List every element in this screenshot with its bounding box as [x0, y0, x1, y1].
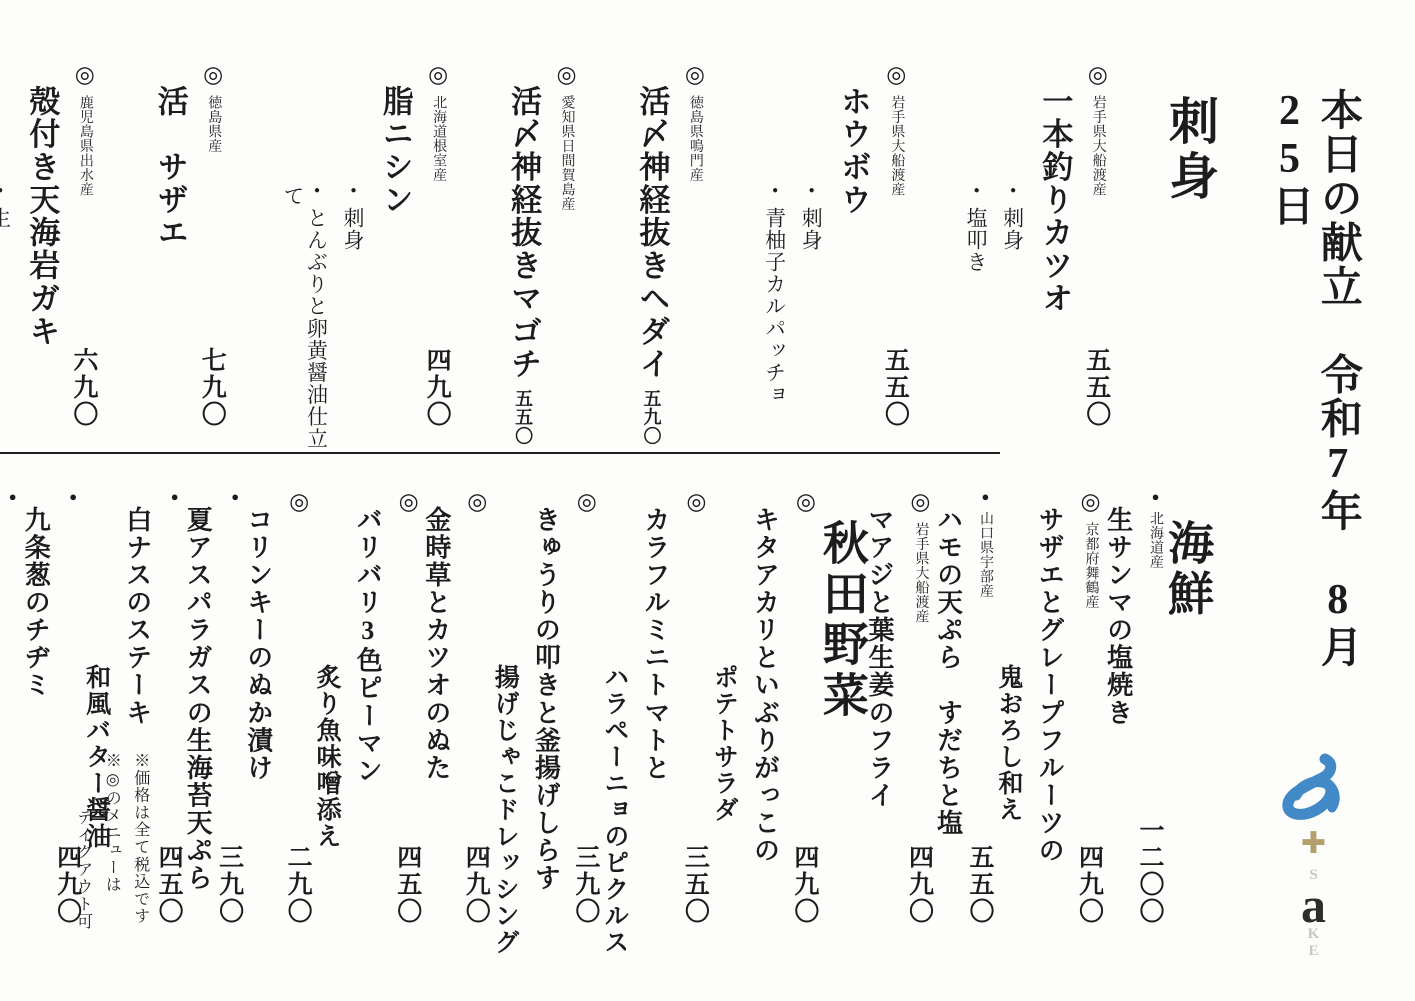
section-heading: 秋田野菜 — [819, 519, 865, 997]
bullet-dot-icon: ● — [0, 185, 6, 197]
menu-item: ◎岩手県大船渡産マアジと葉生姜のフライ四九〇 — [865, 489, 934, 997]
menu-item: ●北海道産生サンマの塩焼き一二〇〇 — [1104, 489, 1165, 997]
item-price: 五五〇 — [513, 389, 533, 446]
item-marker-origin: ◎徳島県鳴門産 — [681, 62, 707, 182]
bullet-dot-icon: ● — [311, 185, 322, 197]
item-price: 四九〇 — [463, 844, 488, 925]
item-name: ハモの天ぷら すだちと塩 — [933, 506, 962, 837]
logo-blue-glyph-icon — [1278, 751, 1350, 823]
item-name: 活 サザエ — [152, 85, 187, 249]
item-price: 五五〇 — [1084, 347, 1109, 428]
takeout-circle-icon: ◎ — [1079, 489, 1104, 515]
item-marker-origin: ●山口県宇部産 — [976, 489, 994, 598]
item-origin: 鹿児島県出水産 — [78, 95, 93, 197]
bullet-dot-icon: ● — [66, 489, 81, 504]
item-name: キタアカリといぶりがっこの — [750, 506, 779, 864]
takeout-circle-icon: ◎ — [884, 62, 909, 88]
item-name: きゅうりの叩きと釜揚げしらす — [531, 506, 560, 892]
item-marker-origin: ◎北海道根室産 — [425, 62, 451, 182]
item-name: 一本釣りカツオ — [1037, 85, 1072, 315]
item-name: 九条葱のチヂミ — [21, 506, 50, 699]
menu-item: ◎バリバリ3色ピーマン炙り魚味噌添え四五〇 — [312, 489, 422, 997]
item-marker-origin: ◎岩手県大船渡産 — [883, 62, 909, 197]
item-subitem: ●生 — [0, 185, 11, 229]
takeout-circle-icon: ◎ — [684, 489, 709, 515]
item-marker-origin: ◎ — [395, 489, 421, 515]
bullet-dot-icon: ● — [978, 489, 993, 504]
takeout-circle-icon: ◎ — [397, 489, 422, 515]
logo-letter-e: E — [1308, 943, 1318, 960]
menu-item: ◎金時草とカツオのぬた四九〇 — [422, 489, 491, 997]
item-origin: 京都府舞鶴産 — [1084, 522, 1099, 609]
item-name: マアジと葉生姜のフライ — [865, 506, 894, 809]
menu-item: ●九条葱のチヂミ四九〇 — [21, 489, 82, 997]
takeout-circle-icon: ◎ — [908, 489, 933, 515]
menu-item: ●山口県宇部産ハモの天ぷら すだちと塩五五〇 — [933, 489, 994, 997]
title-column: 本日の献立 令和7年 8月25日 ✚ S a K E — [1230, 0, 1415, 1001]
menu-item: ◎愛知県日間賀島産活〆神経抜きマゴチ五五〇 — [505, 62, 579, 450]
logo-letter-k: K — [1308, 926, 1320, 943]
item-origin: 徳島県産 — [206, 95, 221, 153]
item-subitem: ●塩叩き — [964, 185, 988, 273]
takeout-circle-icon: ◎ — [794, 489, 819, 515]
sake-logo: ✚ S a K E — [1278, 751, 1350, 959]
item-origin: 山口県宇部産 — [978, 511, 993, 598]
takeout-circle-icon: ◎ — [465, 489, 490, 515]
item-name: 生サンマの塩焼き — [1104, 506, 1133, 726]
takeout-circle-icon: ◎ — [201, 62, 226, 88]
logo-plus-icon: ✚ — [1301, 829, 1326, 859]
item-price: 二九〇 — [285, 844, 310, 925]
bullet-dot-icon: ● — [1008, 185, 1019, 197]
footnote-takeout-1: ※◎のメニューは — [103, 752, 121, 930]
menu-item: ●夏アスパラガスの生海苔天ぷら三九〇 — [183, 489, 244, 997]
logo-letter-a: a — [1301, 884, 1326, 927]
item-subitem: ●とんぶりと卵黄醤油仕立て — [280, 185, 327, 450]
item-subitem: ●刺身 — [799, 185, 823, 251]
takeout-circle-icon: ◎ — [426, 62, 451, 88]
item-name: バリバリ3色ピーマン — [353, 506, 382, 785]
item-price: 四九〇 — [792, 844, 817, 925]
item-origin: 愛知県日間賀島産 — [560, 95, 575, 211]
item-name-continued: ハラペーニョのピクルス — [600, 664, 628, 956]
item-name: 活〆神経抜きマゴチ五五〇 — [505, 85, 540, 445]
item-name-continued: 炙り魚味噌添え — [312, 664, 340, 850]
item-marker-origin: ◎愛知県日間賀島産 — [553, 62, 579, 211]
item-subitem: ●刺身 — [1000, 185, 1024, 251]
takeout-circle-icon: ◎ — [73, 62, 98, 88]
menu-item: ◎カラフルミニトマトとハラペーニョのピクルス三五〇 — [600, 489, 710, 997]
item-name: コリンキーのぬか漬け — [244, 506, 273, 782]
menu-item: ◎コリンキーのぬか漬け二九〇 — [244, 489, 313, 997]
menu-item: ◎キタアカリといぶりがっこのポテトサラダ四九〇 — [709, 489, 819, 997]
takeout-circle-icon: ◎ — [1086, 62, 1111, 88]
item-marker-origin: ◎ — [464, 489, 490, 515]
section-heading: 海鮮 — [1164, 519, 1210, 997]
footnote-takeout-2: テイクアウト可 — [74, 809, 92, 930]
item-name-continued: ポテトサラダ — [709, 664, 737, 823]
item-name: 白ナスのステーキ — [123, 506, 152, 726]
takeout-circle-icon: ◎ — [575, 489, 600, 515]
item-origin: 北海道根室産 — [431, 95, 446, 182]
item-price: 三九〇 — [217, 844, 242, 925]
menu-item: ◎きゅうりの叩きと釜揚げしらす揚げじゃこドレッシング三九〇 — [490, 489, 600, 997]
section-heading: 刺身 — [1165, 95, 1215, 450]
menu-item: ◎岩手県大船渡産ホウボウ●刺身●青柚子カルパッチョ五五〇 — [762, 62, 909, 450]
item-price: 六九〇 — [71, 347, 96, 428]
bullet-dot-icon: ● — [228, 489, 243, 504]
bullet-dot-icon: ● — [806, 185, 817, 197]
item-subitem: ●刺身 — [340, 185, 364, 251]
item-marker-origin: ◎岩手県大船渡産 — [907, 489, 933, 624]
item-origin: 岩手県大船渡産 — [913, 522, 928, 624]
takeout-circle-icon: ◎ — [287, 489, 312, 515]
item-marker-origin: ●北海道産 — [1146, 489, 1164, 569]
item-price: 五五〇 — [967, 844, 992, 925]
bullet-dot-icon: ● — [971, 185, 982, 197]
item-origin: 岩手県大船渡産 — [889, 95, 904, 197]
item-price: 三九〇 — [573, 844, 598, 925]
item-name: カラフルミニトマトと — [641, 506, 670, 782]
item-name: ホウボウ — [835, 85, 870, 216]
menu-item: ◎岩手県大船渡産一本釣りカツオ●刺身●塩叩き五五〇 — [964, 62, 1111, 450]
item-price: 五五〇 — [882, 347, 907, 428]
item-marker-origin: ◎岩手県大船渡産 — [1084, 62, 1110, 197]
seafood-vegetable-row: 海鮮●北海道産生サンマの塩焼き一二〇〇◎京都府舞鶴産サザエとグレープフルーツの鬼… — [0, 454, 1230, 997]
item-marker-origin: ◎ — [792, 489, 818, 515]
item-origin: 岩手県大船渡産 — [1091, 95, 1106, 197]
item-name: 活〆神経抜きヘダイ五九〇 — [634, 85, 669, 445]
item-origin: 北海道産 — [1148, 511, 1163, 569]
sashimi-row: 刺身◎岩手県大船渡産一本釣りカツオ●刺身●塩叩き五五〇◎岩手県大船渡産ホウボウ●… — [0, 42, 1230, 450]
item-price: 三五〇 — [682, 844, 707, 925]
item-subitem: ●青柚子カルパッチョ — [762, 185, 786, 406]
item-price: 四九〇 — [906, 844, 931, 925]
item-marker-origin: ◎ — [286, 489, 312, 515]
menu-item: ◎鹿児島県出水産殻付き天海岩ガキ●生●酒醤油焼き六九〇 — [0, 62, 98, 450]
item-price: 五九〇 — [641, 389, 661, 446]
item-price: 四九〇 — [424, 347, 449, 428]
menu-item: ◎徳島県産活 サザエ七九〇 — [152, 62, 226, 450]
menu-content: 刺身◎岩手県大船渡産一本釣りカツオ●刺身●塩叩き五五〇◎岩手県大船渡産ホウボウ●… — [0, 0, 1230, 1001]
menu-page: 本日の献立 令和7年 8月25日 ✚ S a K E 刺身◎岩手県大船渡産一本釣… — [0, 0, 1415, 1001]
item-marker-origin: ◎京都府舞鶴産 — [1077, 489, 1103, 609]
footnotes: ※価格は全て税込です ※◎のメニューは テイクアウト可 — [74, 752, 149, 930]
item-marker-origin: ◎ — [683, 489, 709, 515]
item-price: 四九〇 — [1077, 844, 1102, 925]
item-marker-origin: ● — [165, 489, 183, 504]
item-name: サザエとグレープフルーツの — [1035, 506, 1064, 864]
item-price: 一二〇〇 — [1137, 817, 1162, 925]
item-marker-origin: ● — [63, 489, 81, 504]
item-name-continued: 鬼おろし和え — [994, 664, 1022, 823]
menu-item: ●空心菜と花ニラのじゃこ山椒炒め五五〇 — [0, 489, 21, 997]
item-price: 四五〇 — [395, 844, 420, 925]
item-name: 殻付き天海岩ガキ — [24, 85, 59, 348]
takeout-circle-icon: ◎ — [555, 62, 580, 88]
menu-item: ◎京都府舞鶴産サザエとグレープフルーツの鬼おろし和え四九〇 — [994, 489, 1104, 997]
bullet-dot-icon: ● — [167, 489, 182, 504]
item-origin: 徳島県鳴門産 — [688, 95, 703, 182]
item-name: 金時草とカツオのぬた — [422, 506, 451, 782]
item-marker-origin: ● — [225, 489, 243, 504]
item-name: 夏アスパラガスの生海苔天ぷら — [183, 506, 212, 892]
bullet-dot-icon: ● — [1148, 489, 1163, 504]
footnote-tax: ※価格は全て税込です — [131, 752, 149, 930]
item-marker-origin: ● — [3, 489, 21, 504]
menu-item: ◎北海道根室産脂ニシン●刺身●とんぶりと卵黄醤油仕立て四九〇 — [280, 62, 451, 450]
bullet-dot-icon: ● — [5, 489, 20, 504]
bullet-dot-icon: ● — [348, 185, 359, 197]
menu-item: ◎徳島県鳴門産活〆神経抜きヘダイ五九〇 — [634, 62, 708, 450]
item-marker-origin: ◎鹿児島県出水産 — [71, 62, 97, 197]
page-title: 本日の献立 令和7年 8月25日 — [1265, 88, 1362, 751]
item-price: 四五〇 — [156, 844, 181, 925]
takeout-circle-icon: ◎ — [683, 62, 708, 88]
item-name-continued: 揚げじゃこドレッシング — [490, 664, 518, 956]
bullet-dot-icon: ● — [770, 185, 781, 197]
item-price: 七九〇 — [199, 347, 224, 428]
item-marker-origin: ◎徳島県産 — [200, 62, 226, 153]
item-marker-origin: ◎ — [573, 489, 599, 515]
item-name: 脂ニシン — [377, 85, 412, 216]
